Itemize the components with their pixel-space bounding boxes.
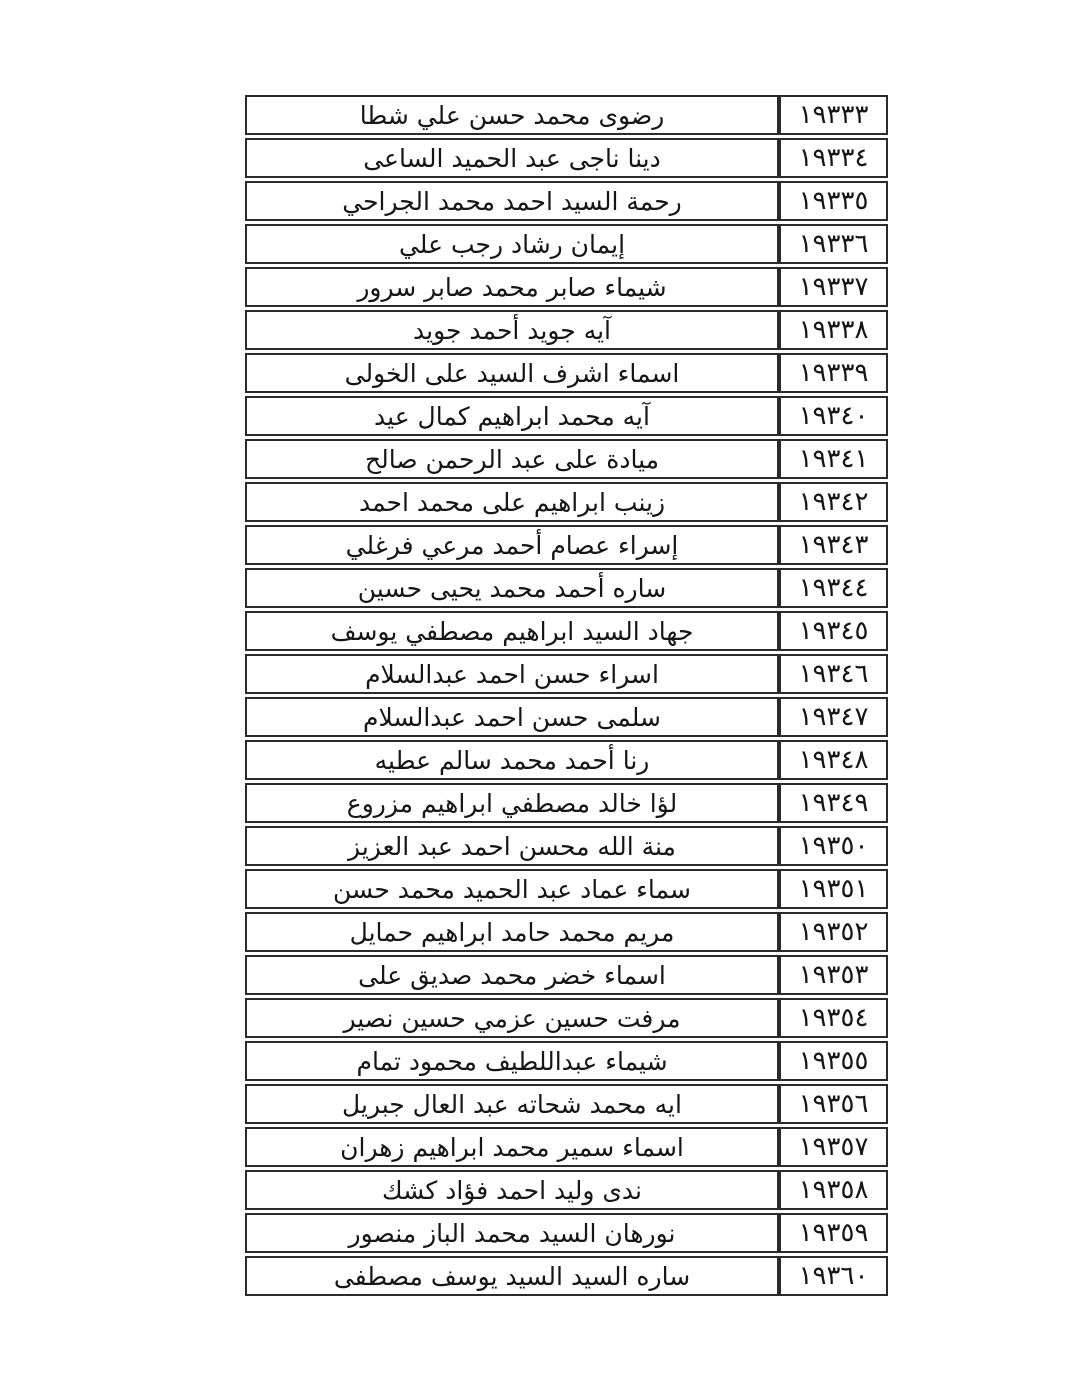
- student-number-cell: ١٩٣٥٥: [779, 1041, 888, 1081]
- student-number-cell: ١٩٣٣٦: [779, 224, 888, 264]
- student-name-cell: دينا ناجى عبد الحميد الساعى: [245, 138, 779, 178]
- student-number-cell: ١٩٣٥٨: [779, 1170, 888, 1210]
- table-row: ١٩٣٤١ ميادة على عبد الرحمن صالح: [245, 439, 888, 479]
- student-name-cell: نورهان السيد محمد الباز منصور: [245, 1213, 779, 1253]
- table-row: ١٩٣٤٦ اسراء حسن احمد عبدالسلام: [245, 654, 888, 694]
- table-row: ١٩٣٣٤ دينا ناجى عبد الحميد الساعى: [245, 138, 888, 178]
- table-row: ١٩٣٤٣ إسراء عصام أحمد مرعي فرغلي: [245, 525, 888, 565]
- roster-table-container: ١٩٣٣٣ رضوى محمد حسن علي شطا ١٩٣٣٤ دينا ن…: [245, 92, 888, 1299]
- student-name-cell: اسراء حسن احمد عبدالسلام: [245, 654, 779, 694]
- student-name-cell: منة الله محسن احمد عبد العزيز: [245, 826, 779, 866]
- student-name-cell: شيماء عبداللطيف محمود تمام: [245, 1041, 779, 1081]
- student-name-cell: ندى وليد احمد فؤاد كشك: [245, 1170, 779, 1210]
- student-number-cell: ١٩٣٣٣: [779, 95, 888, 135]
- table-row: ١٩٣٣٥ رحمة السيد احمد محمد الجراحي: [245, 181, 888, 221]
- student-number-cell: ١٩٣٥٠: [779, 826, 888, 866]
- student-name-cell: شيماء صابر محمد صابر سرور: [245, 267, 779, 307]
- table-row: ١٩٣٣٦ إيمان رشاد رجب علي: [245, 224, 888, 264]
- student-name-cell: مرفت حسين عزمي حسين نصير: [245, 998, 779, 1038]
- student-number-cell: ١٩٣٥٣: [779, 955, 888, 995]
- table-row: ١٩٣٥٢ مريم محمد حامد ابراهيم حمايل: [245, 912, 888, 952]
- student-number-cell: ١٩٣٤١: [779, 439, 888, 479]
- table-row: ١٩٣٣٣ رضوى محمد حسن علي شطا: [245, 95, 888, 135]
- student-name-cell: رنا أحمد محمد سالم عطيه: [245, 740, 779, 780]
- table-row: ١٩٣٤٥ جهاد السيد ابراهيم مصطفي يوسف: [245, 611, 888, 651]
- student-number-cell: ١٩٣٦٠: [779, 1256, 888, 1296]
- table-row: ١٩٣٣٩ اسماء اشرف السيد على الخولى: [245, 353, 888, 393]
- table-row: ١٩٣٥٧ اسماء سمير محمد ابراهيم زهران: [245, 1127, 888, 1167]
- student-name-cell: اسماء سمير محمد ابراهيم زهران: [245, 1127, 779, 1167]
- student-number-cell: ١٩٣٤٩: [779, 783, 888, 823]
- student-name-cell: ايه محمد شحاته عبد العال جبريل: [245, 1084, 779, 1124]
- student-number-cell: ١٩٣٥٤: [779, 998, 888, 1038]
- table-row: ١٩٣٥٦ ايه محمد شحاته عبد العال جبريل: [245, 1084, 888, 1124]
- student-number-cell: ١٩٣٣٧: [779, 267, 888, 307]
- student-name-cell: اسماء خضر محمد صديق على: [245, 955, 779, 995]
- table-row: ١٩٣٥٨ ندى وليد احمد فؤاد كشك: [245, 1170, 888, 1210]
- student-number-cell: ١٩٣٣٩: [779, 353, 888, 393]
- roster-table: ١٩٣٣٣ رضوى محمد حسن علي شطا ١٩٣٣٤ دينا ن…: [245, 92, 888, 1299]
- student-number-cell: ١٩٣٤٦: [779, 654, 888, 694]
- student-number-cell: ١٩٣٤٨: [779, 740, 888, 780]
- student-name-cell: إسراء عصام أحمد مرعي فرغلي: [245, 525, 779, 565]
- student-name-cell: ساره أحمد محمد يحيى حسين: [245, 568, 779, 608]
- table-row: ١٩٣٤٢ زينب ابراهيم على محمد احمد: [245, 482, 888, 522]
- table-row: ١٩٣٤٤ ساره أحمد محمد يحيى حسين: [245, 568, 888, 608]
- student-number-cell: ١٩٣٤٤: [779, 568, 888, 608]
- table-row: ١٩٣٥٠ منة الله محسن احمد عبد العزيز: [245, 826, 888, 866]
- student-number-cell: ١٩٣٤٢: [779, 482, 888, 522]
- student-number-cell: ١٩٣٥٦: [779, 1084, 888, 1124]
- student-name-cell: لؤا خالد مصطفي ابراهيم مزروع: [245, 783, 779, 823]
- table-row: ١٩٣٥٥ شيماء عبداللطيف محمود تمام: [245, 1041, 888, 1081]
- table-row: ١٩٣٥٣ اسماء خضر محمد صديق على: [245, 955, 888, 995]
- student-number-cell: ١٩٣٣٤: [779, 138, 888, 178]
- table-row: ١٩٣٦٠ ساره السيد السيد يوسف مصطفى: [245, 1256, 888, 1296]
- student-name-cell: إيمان رشاد رجب علي: [245, 224, 779, 264]
- student-number-cell: ١٩٣٤٣: [779, 525, 888, 565]
- student-number-cell: ١٩٣٣٥: [779, 181, 888, 221]
- table-row: ١٩٣٤٠ آيه محمد ابراهيم كمال عيد: [245, 396, 888, 436]
- student-name-cell: مريم محمد حامد ابراهيم حمايل: [245, 912, 779, 952]
- student-name-cell: آيه محمد ابراهيم كمال عيد: [245, 396, 779, 436]
- roster-table-body: ١٩٣٣٣ رضوى محمد حسن علي شطا ١٩٣٣٤ دينا ن…: [245, 95, 888, 1296]
- document-page: ١٩٣٣٣ رضوى محمد حسن علي شطا ١٩٣٣٤ دينا ن…: [0, 0, 1080, 1398]
- student-name-cell: جهاد السيد ابراهيم مصطفي يوسف: [245, 611, 779, 651]
- student-number-cell: ١٩٣٥٩: [779, 1213, 888, 1253]
- student-number-cell: ١٩٣٤٧: [779, 697, 888, 737]
- student-name-cell: سماء عماد عبد الحميد محمد حسن: [245, 869, 779, 909]
- student-number-cell: ١٩٣٤٥: [779, 611, 888, 651]
- table-row: ١٩٣٥٤ مرفت حسين عزمي حسين نصير: [245, 998, 888, 1038]
- student-number-cell: ١٩٣٤٠: [779, 396, 888, 436]
- student-name-cell: آيه جويد أحمد جويد: [245, 310, 779, 350]
- table-row: ١٩٣٤٩ لؤا خالد مصطفي ابراهيم مزروع: [245, 783, 888, 823]
- student-number-cell: ١٩٣٥٧: [779, 1127, 888, 1167]
- table-row: ١٩٣٥١ سماء عماد عبد الحميد محمد حسن: [245, 869, 888, 909]
- student-name-cell: زينب ابراهيم على محمد احمد: [245, 482, 779, 522]
- student-number-cell: ١٩٣٥١: [779, 869, 888, 909]
- table-row: ١٩٣٤٨ رنا أحمد محمد سالم عطيه: [245, 740, 888, 780]
- table-row: ١٩٣٣٧ شيماء صابر محمد صابر سرور: [245, 267, 888, 307]
- student-name-cell: رضوى محمد حسن علي شطا: [245, 95, 779, 135]
- student-name-cell: رحمة السيد احمد محمد الجراحي: [245, 181, 779, 221]
- student-name-cell: اسماء اشرف السيد على الخولى: [245, 353, 779, 393]
- table-row: ١٩٣٣٨ آيه جويد أحمد جويد: [245, 310, 888, 350]
- student-number-cell: ١٩٣٥٢: [779, 912, 888, 952]
- student-number-cell: ١٩٣٣٨: [779, 310, 888, 350]
- table-row: ١٩٣٥٩ نورهان السيد محمد الباز منصور: [245, 1213, 888, 1253]
- table-row: ١٩٣٤٧ سلمى حسن احمد عبدالسلام: [245, 697, 888, 737]
- student-name-cell: ميادة على عبد الرحمن صالح: [245, 439, 779, 479]
- student-name-cell: سلمى حسن احمد عبدالسلام: [245, 697, 779, 737]
- student-name-cell: ساره السيد السيد يوسف مصطفى: [245, 1256, 779, 1296]
